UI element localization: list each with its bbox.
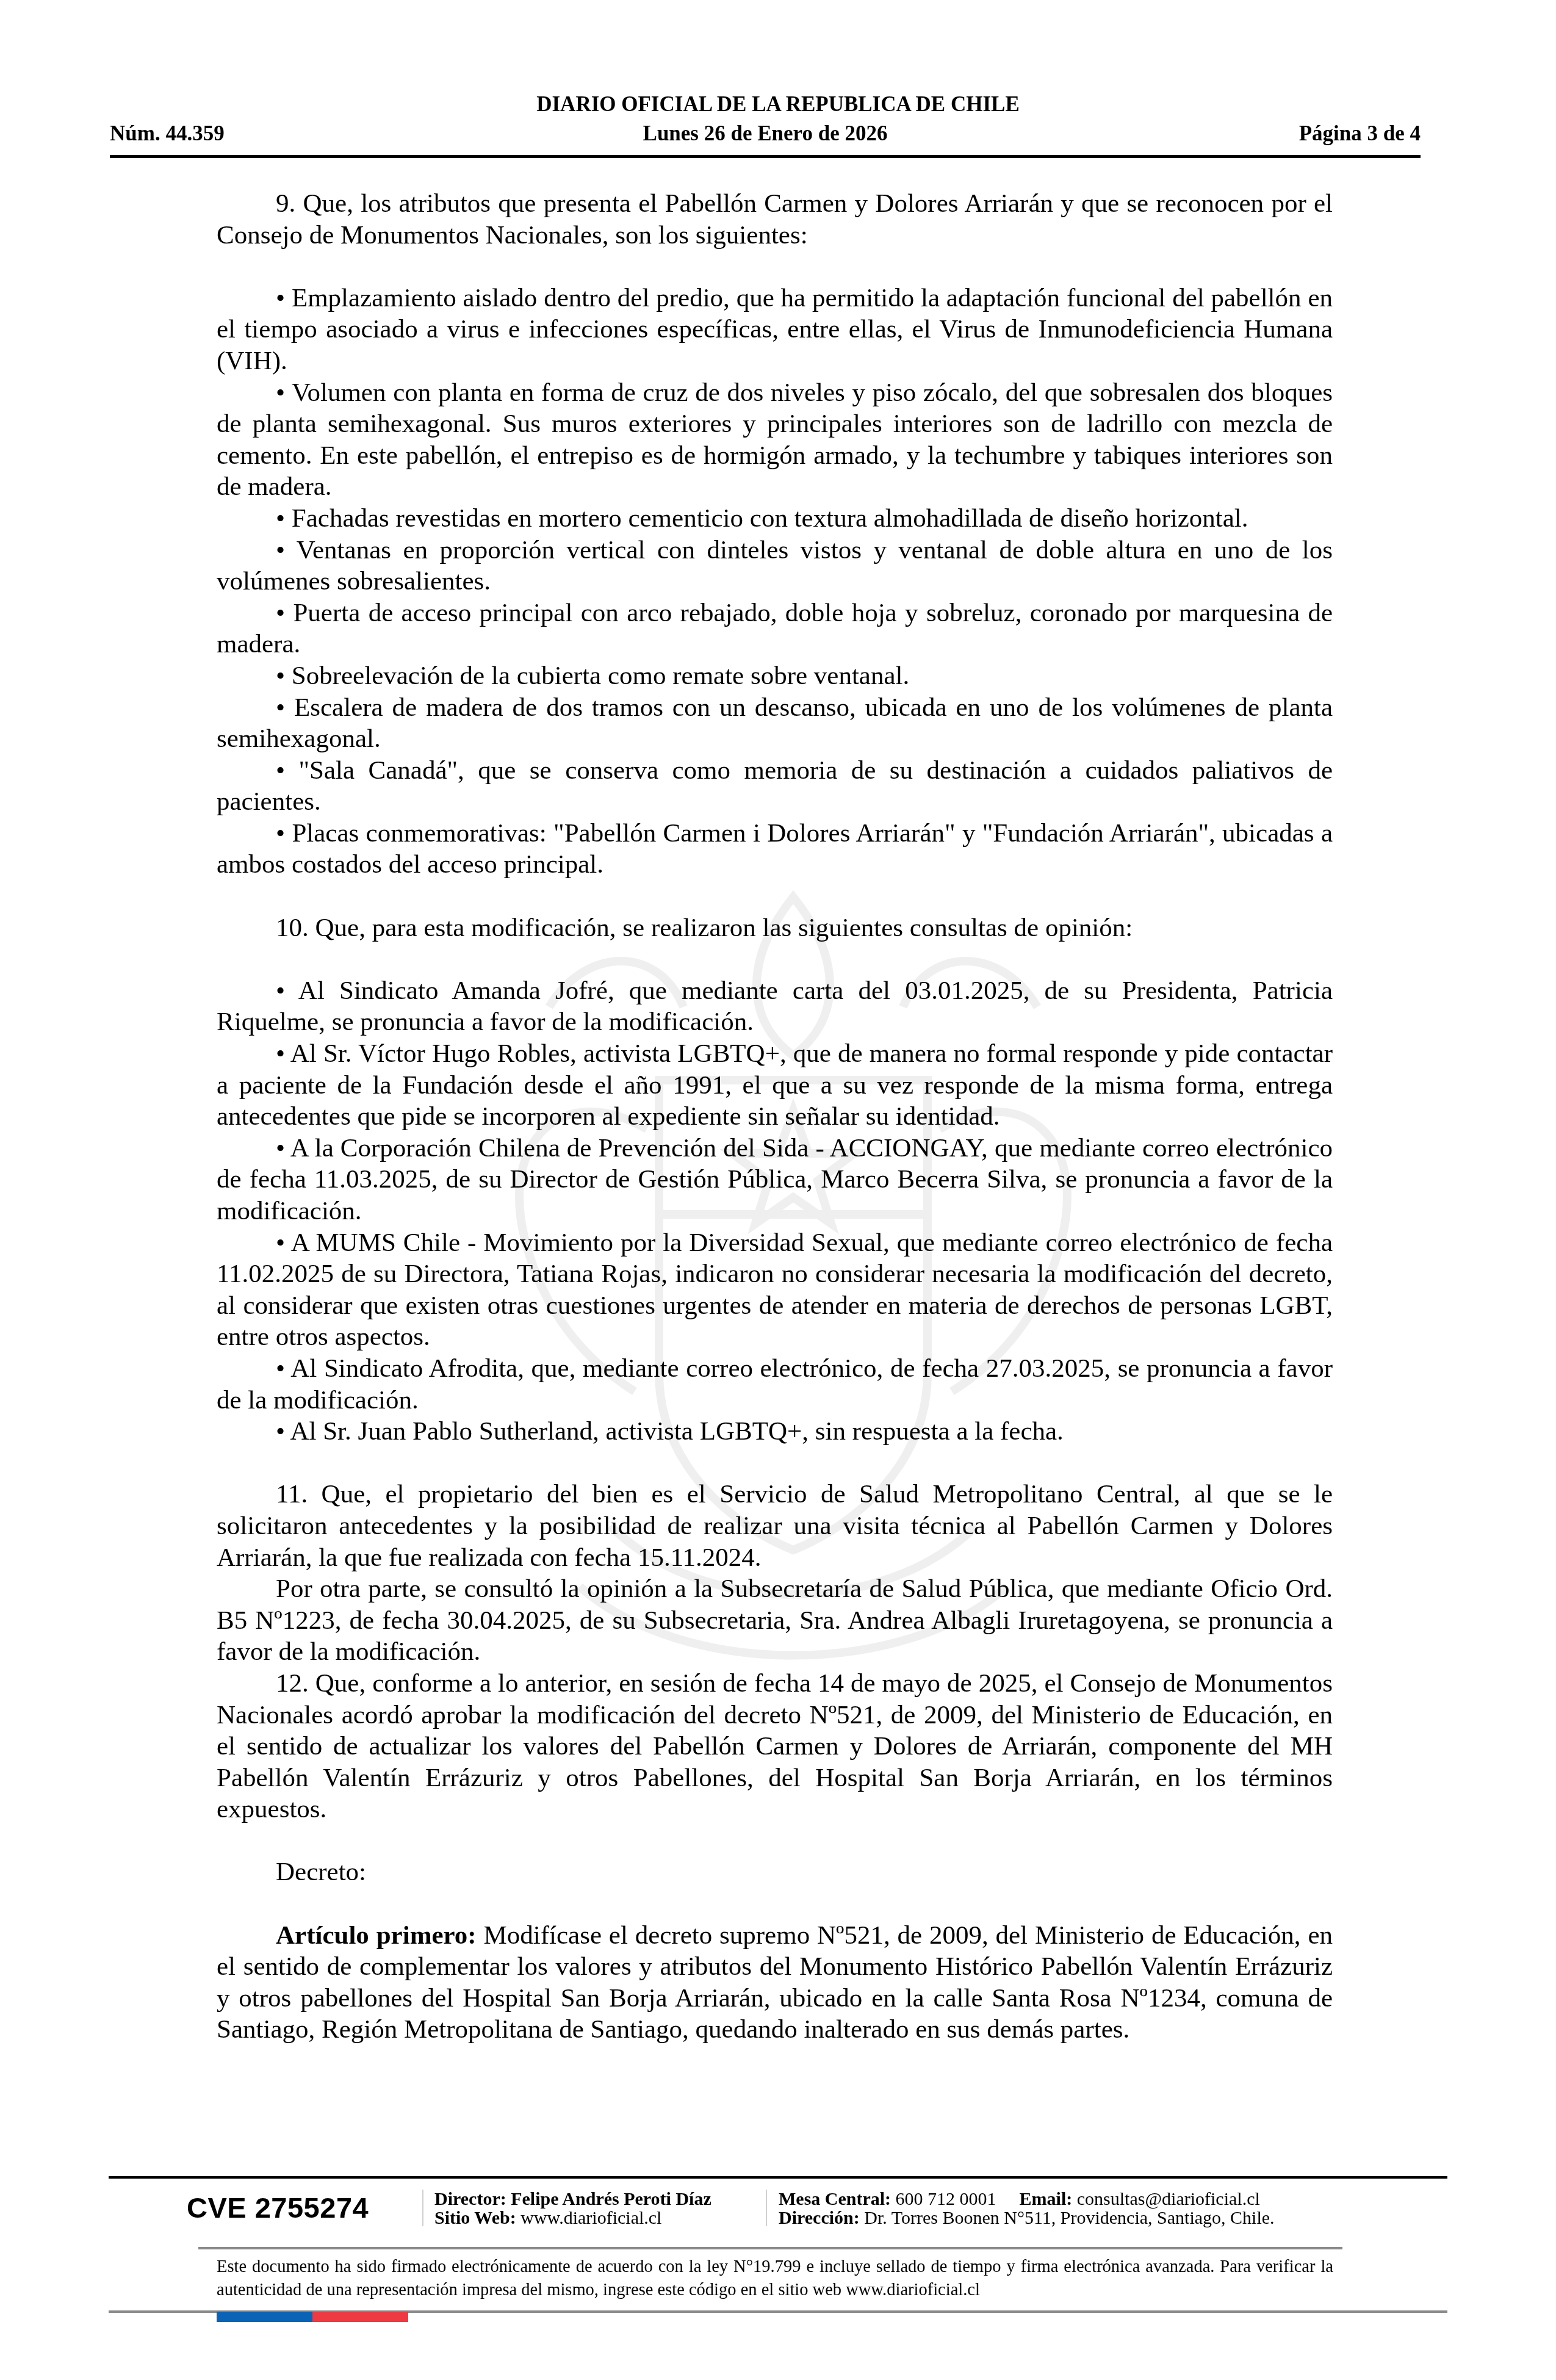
attribute-item: • Fachadas revestidas en mortero cementi… xyxy=(217,503,1333,535)
attribute-item: • Ventanas en proporción vertical con di… xyxy=(217,535,1333,597)
paragraph-11: 11. Que, el propietario del bien es el S… xyxy=(217,1479,1333,1573)
header-divider xyxy=(110,155,1421,158)
paragraph-12: 12. Que, conforme a lo anterior, en sesi… xyxy=(217,1668,1333,1825)
director-name: Felipe Andrés Peroti Díaz xyxy=(506,2189,711,2209)
article-1: Artículo primero: Modifícase el decreto … xyxy=(217,1920,1333,2046)
consultation-item: • A MUMS Chile - Movimiento por la Diver… xyxy=(217,1227,1333,1353)
issue-date: Lunes 26 de Enero de 2026 xyxy=(110,120,1421,148)
director-label: Director: xyxy=(434,2189,506,2209)
spacer xyxy=(217,251,1333,283)
spacer xyxy=(217,1448,1333,1479)
consultation-item: • Al Sindicato Afrodita, que, mediante c… xyxy=(217,1353,1333,1416)
website-label: Sitio Web: xyxy=(434,2208,516,2228)
paragraph-10-intro: 10. Que, para esta modificación, se real… xyxy=(217,912,1333,944)
footer-contact-block: Mesa Central: 600 712 0001Email: consult… xyxy=(779,2190,1275,2227)
consultation-item: • Al Sindicato Amanda Jofré, que mediant… xyxy=(217,975,1333,1038)
attribute-item: • Escalera de madera de dos tramos con u… xyxy=(217,692,1333,755)
document-body: 9. Que, los atributos que presenta el Pa… xyxy=(217,188,1333,2046)
paragraph-9-intro: 9. Que, los atributos que presenta el Pa… xyxy=(217,188,1333,251)
footer-director-block: Director: Felipe Andrés Peroti Díaz Siti… xyxy=(434,2190,711,2227)
email-label: Email: xyxy=(1020,2189,1073,2209)
phone-value: 600 712 0001 xyxy=(891,2189,996,2209)
website-link[interactable]: www.diarioficial.cl xyxy=(516,2208,662,2228)
spacer xyxy=(217,881,1333,912)
address-value: Dr. Torres Boonen N°511, Providencia, Sa… xyxy=(860,2208,1275,2228)
footer-separator xyxy=(422,2190,423,2226)
footer-divider-top xyxy=(109,2176,1447,2179)
paragraph-11-continuation: Por otra parte, se consultó la opinión a… xyxy=(217,1573,1333,1668)
attribute-item: • Sobreelevación de la cubierta como rem… xyxy=(217,660,1333,692)
footer-separator xyxy=(766,2190,767,2226)
publication-title: DIARIO OFICIAL DE LA REPUBLICA DE CHILE xyxy=(0,92,1556,117)
page-indicator: Página 3 de 4 xyxy=(1299,120,1421,148)
consultation-item: • Al Sr. Juan Pablo Sutherland, activist… xyxy=(217,1416,1333,1448)
attribute-item: • Placas conmemorativas: "Pabellón Carme… xyxy=(217,818,1333,881)
spacer xyxy=(217,943,1333,975)
attribute-item: • Puerta de acceso principal con arco re… xyxy=(217,597,1333,660)
consultation-item: • A la Corporación Chilena de Prevención… xyxy=(217,1133,1333,1227)
flag-stripe-red xyxy=(312,2312,408,2322)
cve-code: CVE 2755274 xyxy=(187,2191,369,2225)
footer-divider-middle xyxy=(198,2247,1342,2249)
header-row: Núm. 44.359 Lunes 26 de Enero de 2026 Pá… xyxy=(110,120,1421,148)
flag-stripe-blue xyxy=(217,2312,312,2322)
consultation-item: • Al Sr. Víctor Hugo Robles, activista L… xyxy=(217,1038,1333,1133)
electronic-signature-disclaimer: Este documento ha sido firmado electróni… xyxy=(217,2256,1333,2302)
attribute-item: • Emplazamiento aislado dentro del predi… xyxy=(217,283,1333,377)
attribute-item: • "Sala Canadá", que se conserva como me… xyxy=(217,755,1333,818)
spacer xyxy=(217,1888,1333,1920)
decreto-label: Decreto: xyxy=(217,1856,1333,1888)
phone-label: Mesa Central: xyxy=(779,2189,891,2209)
article-1-label: Artículo primero: xyxy=(276,1921,477,1950)
email-link[interactable]: consultas@diarioficial.cl xyxy=(1072,2189,1260,2209)
address-label: Dirección: xyxy=(779,2208,860,2228)
spacer xyxy=(217,1825,1333,1857)
attribute-item: • Volumen con planta en forma de cruz de… xyxy=(217,377,1333,503)
